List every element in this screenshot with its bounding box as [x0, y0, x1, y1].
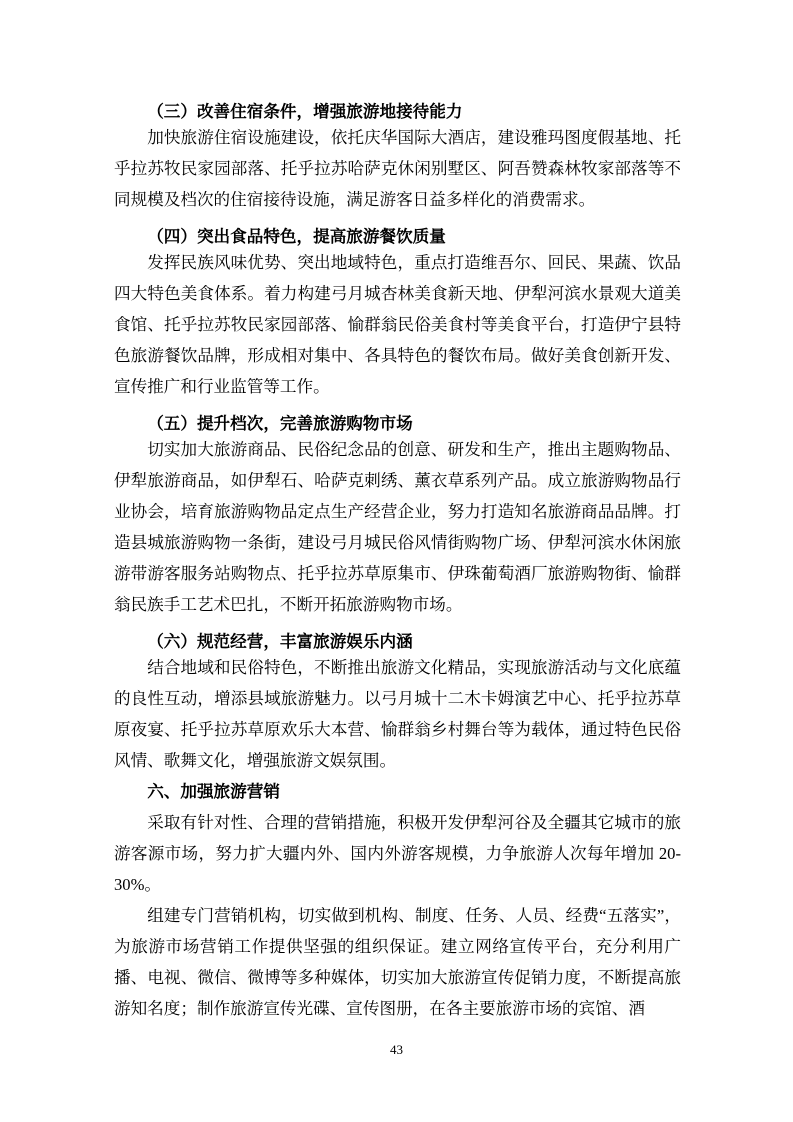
document-section: （三）改善住宿条件，增强旅游地接待能力加快旅游住宿设施建设，依托庆华国际大酒店，… — [114, 96, 681, 215]
document-section: （四）突出食品特色，提高旅游餐饮质量发挥民族风味优势、突出地域特色，重点打造维吾… — [114, 221, 681, 402]
section-paragraph: 发挥民族风味优势、突出地域特色，重点打造维吾尔、回民、果蔬、饮品四大特色美食体系… — [114, 247, 681, 402]
section-paragraph: 加快旅游住宿设施建设，依托庆华国际大酒店，建设雅玛图度假基地、托乎拉苏牧民家园部… — [114, 122, 681, 215]
document-section: 六、加强旅游营销采取有针对性、合理的营销措施，积极开发伊犁河谷及全疆其它城市的旅… — [114, 776, 681, 1024]
section-paragraph: 组建专门营销机构，切实做到机构、制度、任务、人员、经费“五落实”，为旅游市场营销… — [114, 900, 681, 1024]
section-paragraph: 结合地域和民俗特色，不断推出旅游文化精品，实现旅游活动与文化底蕴的良性互动，增添… — [114, 652, 681, 776]
section-paragraph: 切实加大旅游商品、民俗纪念品的创意、研发和生产，推出主题购物品、伊犁旅游商品，如… — [114, 434, 681, 620]
document-content: （三）改善住宿条件，增强旅游地接待能力加快旅游住宿设施建设，依托庆华国际大酒店，… — [114, 90, 681, 1024]
section-paragraph: 采取有针对性、合理的营销措施，积极开发伊犁河谷及全疆其它城市的旅游客源市场，努力… — [114, 807, 681, 900]
page-number: 43 — [390, 1042, 403, 1057]
document-page: （三）改善住宿条件，增强旅游地接待能力加快旅游住宿设施建设，依托庆华国际大酒店，… — [0, 0, 793, 1122]
page-footer: 43 — [0, 1041, 793, 1059]
document-section: （六）规范经营，丰富旅游娱乐内涵结合地域和民俗特色，不断推出旅游文化精品，实现旅… — [114, 626, 681, 776]
section-heading: 六、加强旅游营销 — [114, 776, 681, 807]
document-section: （五）提升档次，完善旅游购物市场切实加大旅游商品、民俗纪念品的创意、研发和生产，… — [114, 408, 681, 620]
